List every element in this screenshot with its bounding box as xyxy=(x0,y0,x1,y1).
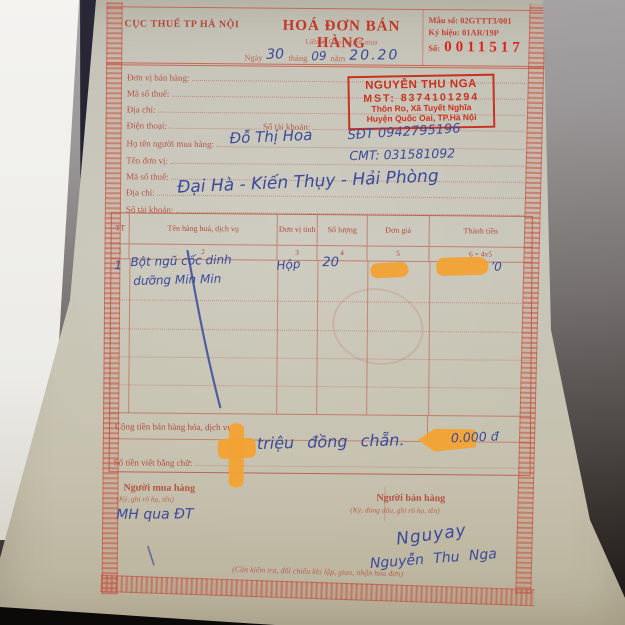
tax-office-name: CỤC THUẾ TP HÀ NỘI xyxy=(124,18,239,30)
date-word-day: Ngày xyxy=(244,52,263,62)
invoice-number-value: 0011517 xyxy=(444,39,524,56)
seller-phone-label: Điện thoại: xyxy=(127,120,167,130)
handwritten-day: 30 xyxy=(266,46,284,62)
col-header-amount: Thành tiền xyxy=(430,216,532,248)
handwritten-item-amount-visible: ’0 xyxy=(490,260,502,274)
serial-value: 01AR/19P xyxy=(462,27,499,37)
invoice-paper: CỤC THUẾ TP HÀ NỘI HOÁ ĐƠN BÁN HÀNG Liên… xyxy=(0,0,625,625)
handwritten-item-name-line2: dưỡng Min Min xyxy=(133,272,221,288)
handwritten-amount-in-words: triệu đồng chẵn. xyxy=(257,430,405,453)
buyer-name-label: Họ tên người mua hàng: xyxy=(126,138,214,149)
subheader-5: 5 xyxy=(367,246,429,262)
seller-signature-note: (Ký, đóng dấu, ghi rõ họ, tên) xyxy=(350,505,439,515)
buyer-unit-row: Tên đơn vị: xyxy=(126,151,526,168)
invoice-number-label: Số: xyxy=(428,43,440,53)
seller-signature-title: Người bán hàng xyxy=(376,493,445,505)
redaction-unit-price xyxy=(370,262,409,279)
buyer-signature-title: Người mua hàng xyxy=(123,482,195,494)
seller-address-label: Địa chỉ: xyxy=(127,104,156,114)
dotted-leader xyxy=(170,163,524,167)
invoice-photo: CỤC THUẾ TP HÀ NỘI HOÁ ĐƠN BÁN HÀNG Liên… xyxy=(0,0,625,625)
seller-tax-label: Mã số thuế: xyxy=(127,88,170,98)
dotted-leader xyxy=(196,465,523,469)
date-word-year: năm xyxy=(331,53,346,63)
redaction-line-amount xyxy=(436,257,488,276)
handwritten-year: 20.20 xyxy=(349,47,399,63)
buyer-name-row: Họ tên người mua hàng: xyxy=(126,134,526,151)
col-header-name: Tên hàng hoá, dịch vụ xyxy=(130,213,278,245)
form-number-label: Mẫu số: xyxy=(429,15,459,25)
copy-line: Liên 2: Giao người mua xyxy=(256,36,426,46)
buyer-tax-label: Mã số thuế: xyxy=(126,171,169,181)
handwritten-buyer-signature: MH qua ĐT xyxy=(116,506,193,523)
subheader-1: 1 xyxy=(111,244,129,259)
handwritten-total-amount: 0.000 đ xyxy=(451,428,499,445)
serial-label: Ký hiệu: xyxy=(428,27,459,37)
handwritten-buyer-id: CMT: 031581092 xyxy=(349,145,455,163)
col-header-price: Đơn giá xyxy=(368,215,430,247)
table-header-row: TT Tên hàng hoá, dịch vụ Đơn vị tính Số … xyxy=(112,213,532,248)
form-number-value: 02GTTT3/001 xyxy=(460,15,512,25)
col-header-unit: Đơn vị tính xyxy=(278,215,318,246)
handwritten-item-index: 1 xyxy=(114,258,122,272)
col-header-tt: TT xyxy=(112,213,130,244)
handwritten-buyer-name: Đỗ Thị Hoa xyxy=(229,126,313,148)
seller-stamp: NGUYỄN THU NGA MST: 8374101294 Thôn Ro, … xyxy=(347,74,495,130)
buyer-signature-note: (Ký, ghi rõ họ, tên) xyxy=(116,494,174,504)
handwritten-item-unit: Hộp xyxy=(276,257,301,273)
handwritten-seller-signature: Nguyay xyxy=(395,521,468,550)
amount-words-label: Số tiền viết bằng chữ: xyxy=(114,457,193,468)
invoice-form: CỤC THUẾ TP HÀ NỘI HOÁ ĐƠN BÁN HÀNG Liên… xyxy=(0,0,625,625)
col-header-qty: Số lượng xyxy=(318,215,368,246)
invoice-meta: Mẫu số: 02GTTT3/001 Ký hiệu: 01AR/19P Số… xyxy=(428,13,540,57)
handwritten-item-qty: 20 xyxy=(322,255,339,270)
invoice-header: CỤC THUẾ TP HÀ NỘI HOÁ ĐƠN BÁN HÀNG Liên… xyxy=(106,6,544,69)
buyer-address-label: Địa chỉ: xyxy=(126,187,155,197)
handwritten-month: 09 xyxy=(311,49,327,63)
seller-unit-label: Đơn vị bán hàng: xyxy=(127,72,190,83)
date-line: Ngày 30 tháng 09 năm 20.20 xyxy=(244,46,444,64)
handwritten-item-name-line1: Bột ngũ cốc dinh xyxy=(130,253,232,270)
buyer-unit-label: Tên đơn vị: xyxy=(126,155,168,165)
redaction-words-horizontal xyxy=(217,438,256,460)
date-word-month: tháng xyxy=(288,53,307,63)
